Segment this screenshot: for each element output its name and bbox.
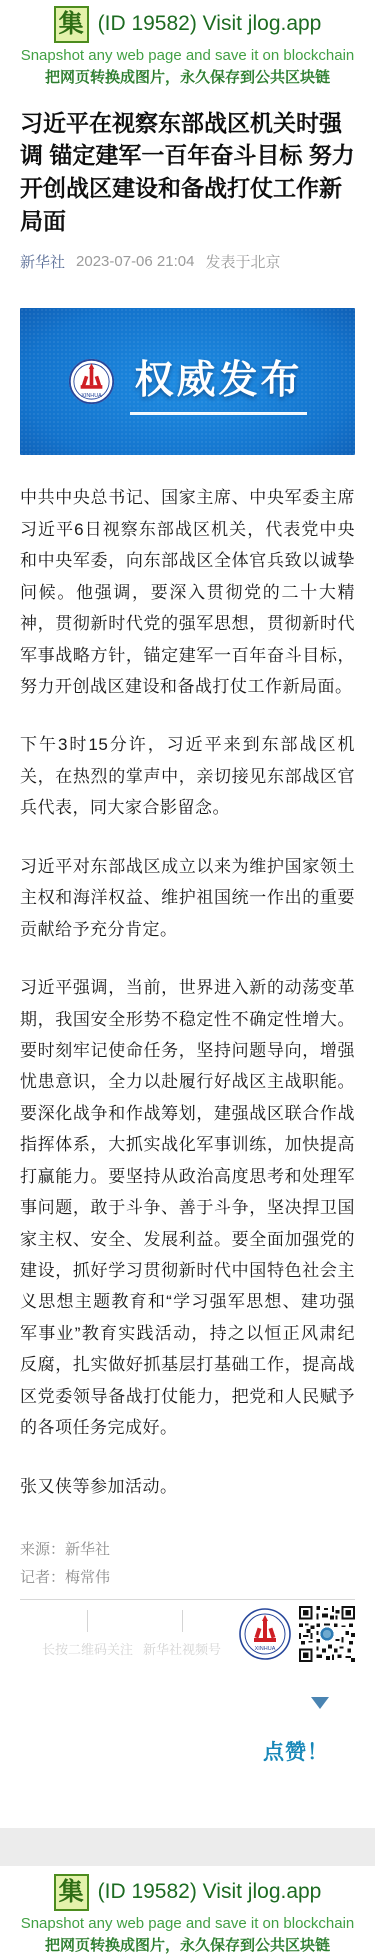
jlog-id-link[interactable]: (ID 19582) Visit jlog.app bbox=[98, 12, 322, 36]
jlog-id-link[interactable]: (ID 19582) Visit jlog.app bbox=[98, 1880, 322, 1904]
authoritative-release-banner-image: XINHUA 权威发布 bbox=[20, 308, 355, 455]
source-account-link[interactable]: 新华社 bbox=[20, 251, 65, 272]
footer-divider bbox=[20, 1599, 355, 1600]
xinhua-logo-icon: XINHUA bbox=[68, 358, 115, 405]
channel-name-label: 新华社视频号 bbox=[143, 1639, 221, 1658]
follow-footer: 长按二维码关注 新华社视频号 XINHUA bbox=[20, 1606, 355, 1662]
publish-location: 发表于北京 bbox=[205, 251, 280, 272]
banner-headline-text: 权威发布 bbox=[130, 349, 306, 415]
jlog-badge-icon: 集 bbox=[54, 6, 89, 43]
like-section: 点赞！ bbox=[20, 1662, 355, 1766]
article-body: 习近平在视察东部战区机关时强调 锚定建军一百年奋斗目标 努力开创战区建设和备战打… bbox=[0, 107, 375, 1766]
promo-tagline-zh: 把网页转换成图片，永久保存到公共区块链 bbox=[0, 66, 375, 87]
follow-hint-label: 长按二维码关注 bbox=[42, 1639, 133, 1658]
xinhua-seal-icon: XINHUA bbox=[239, 1608, 291, 1660]
publish-datetime: 2023-07-06 21:04 bbox=[76, 253, 194, 270]
credit-source: 来源：新华社 bbox=[20, 1538, 355, 1559]
paragraph: 中共中央总书记、国家主席、中央军委主席习近平6日视察东部战区机关，代表党中央和中… bbox=[20, 482, 355, 702]
qr-code-image[interactable] bbox=[299, 1606, 355, 1662]
divider-tick bbox=[87, 1610, 88, 1632]
page-bottom-band bbox=[0, 1828, 375, 1866]
article-credits: 来源：新华社 记者：梅常伟 bbox=[20, 1538, 355, 1587]
paragraph: 习近平强调，当前，世界进入新的动荡变革期，我国安全形势不稳定性不确定性增大。要时… bbox=[20, 972, 355, 1444]
divider-tick bbox=[182, 1610, 183, 1632]
promo-tagline-zh: 把网页转换成图片，永久保存到公共区块链 bbox=[0, 1934, 375, 1955]
collapse-triangle-icon[interactable] bbox=[311, 1697, 329, 1709]
article-title: 习近平在视察东部战区机关时强调 锚定建军一百年奋斗目标 努力开创战区建设和备战打… bbox=[20, 107, 355, 238]
svg-text:XINHUA: XINHUA bbox=[255, 1646, 276, 1652]
snapshot-promo-header: 集 (ID 19582) Visit jlog.app Snapshot any… bbox=[0, 0, 375, 91]
paragraph: 下午3时15分许，习近平来到东部战区机关，在热烈的掌声中，亲切接见东部战区官兵代… bbox=[20, 729, 355, 823]
snapshot-promo-footer: 集 (ID 19582) Visit jlog.app Snapshot any… bbox=[0, 1866, 375, 1959]
paragraph: 习近平对东部战区成立以来为维护国家领土主权和海洋权益、维护祖国统一作出的重要贡献… bbox=[20, 851, 355, 945]
paragraph: 张又侠等参加活动。 bbox=[20, 1471, 355, 1502]
promo-tagline-en: Snapshot any web page and save it on blo… bbox=[0, 1915, 375, 1932]
jlog-badge-icon: 集 bbox=[54, 1874, 89, 1911]
article-meta: 新华社 2023-07-06 21:04 发表于北京 bbox=[20, 251, 355, 272]
svg-text:XINHUA: XINHUA bbox=[82, 393, 103, 399]
credit-reporter: 记者：梅常伟 bbox=[20, 1566, 355, 1587]
promo-tagline-en: Snapshot any web page and save it on blo… bbox=[0, 47, 375, 64]
